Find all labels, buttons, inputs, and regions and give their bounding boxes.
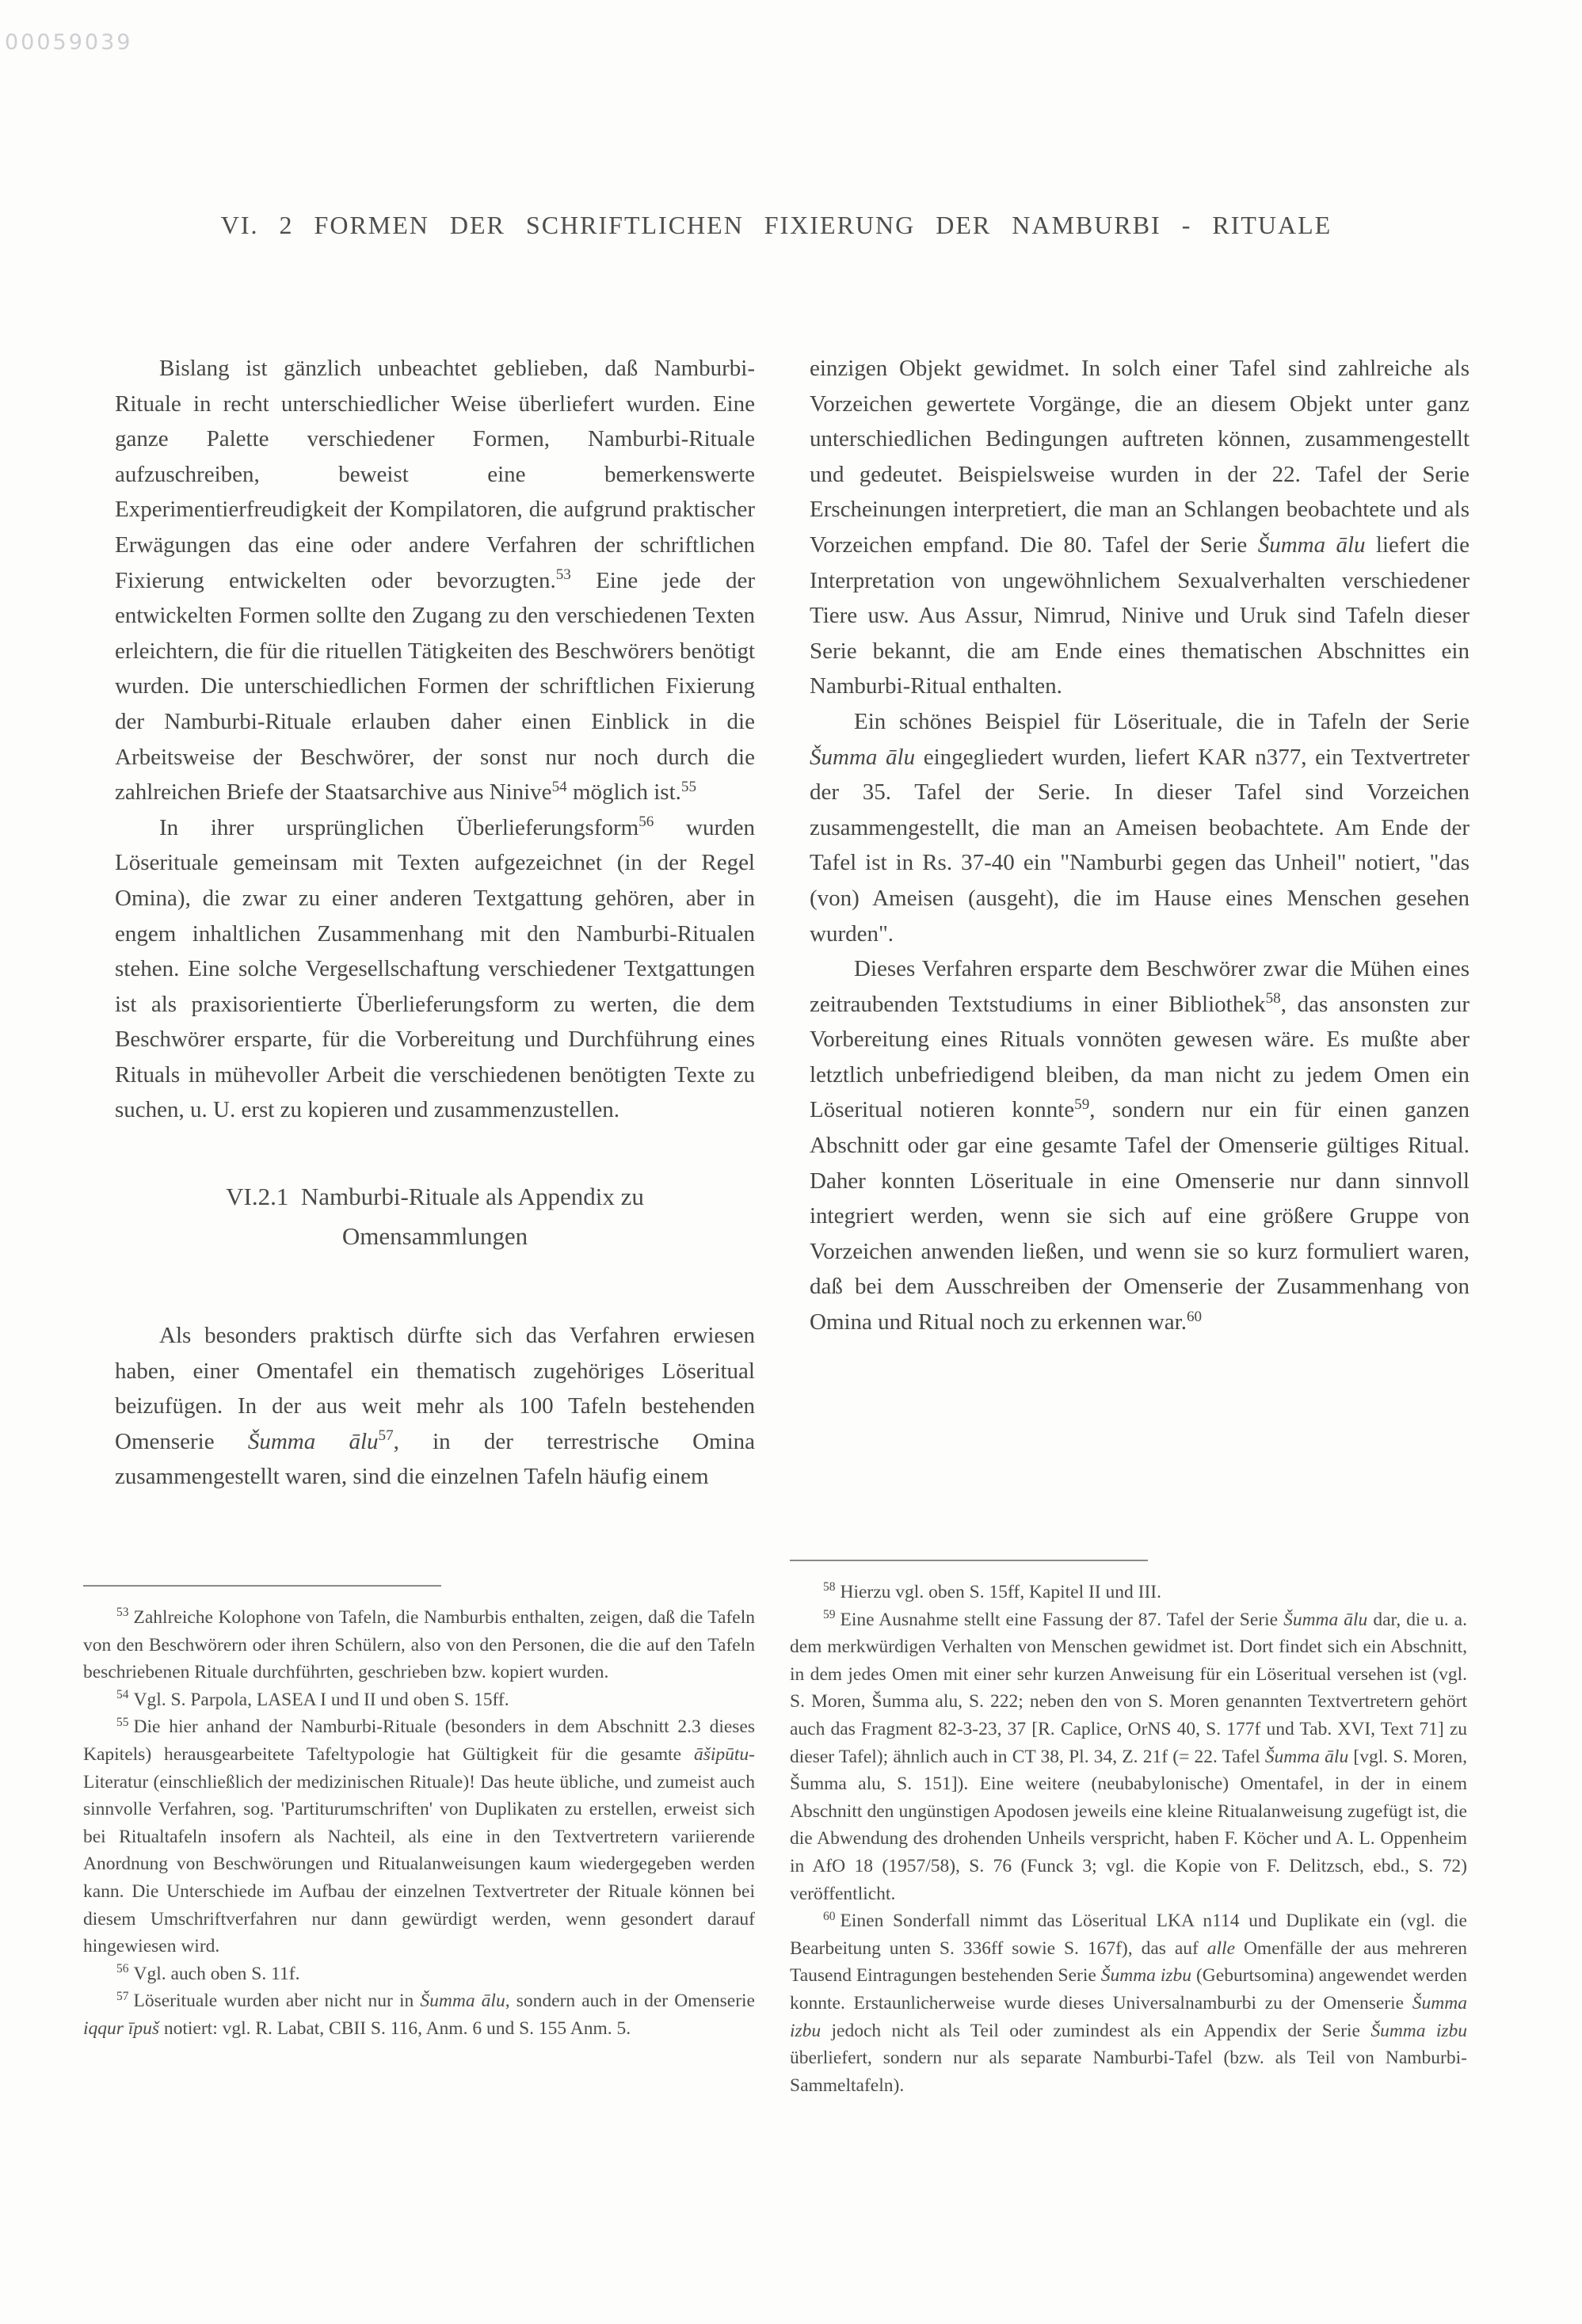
footnote-text: Hierzu vgl. oben S. 15ff, Kapitel II und… bbox=[841, 1582, 1162, 1602]
body-paragraph: Ein schönes Beispiel für Löserituale, di… bbox=[810, 704, 1470, 951]
body-paragraph: einzigen Objekt gewidmet. In solch einer… bbox=[810, 351, 1470, 704]
footnote-text: Löserituale wurden aber nicht nur in Šum… bbox=[83, 1991, 755, 2039]
footnote-text: Vgl. S. Parpola, LASEA I und II und oben… bbox=[134, 1690, 509, 1710]
left-column: Bislang ist gänzlich unbeachtet gebliebe… bbox=[115, 351, 755, 1495]
footnotes-right: 58Hierzu vgl. oben S. 15ff, Kapitel II u… bbox=[790, 1560, 1467, 2099]
footnote-text: Die hier anhand der Namburbi-Rituale (be… bbox=[83, 1716, 755, 1956]
body-paragraph: In ihrer ursprünglichen Überlieferungsfo… bbox=[115, 810, 755, 1128]
section-heading: VI.2.1 Namburbi-Rituale als Appendix zuO… bbox=[115, 1177, 755, 1256]
scan-id-watermark: 00059039 bbox=[5, 30, 132, 55]
footnote-separator bbox=[83, 1585, 441, 1587]
footnote: 60Einen Sonderfall nimmt das Löseritual … bbox=[790, 1907, 1467, 2099]
footnote: 55Die hier anhand der Namburbi-Rituale (… bbox=[83, 1713, 755, 1960]
footnote-number: 57 bbox=[116, 1990, 134, 2003]
body-paragraph: Als besonders praktisch dürfte sich das … bbox=[115, 1318, 755, 1495]
footnote-number: 59 bbox=[823, 1608, 841, 1621]
footnote: 56Vgl. auch oben S. 11f. bbox=[83, 1960, 755, 1988]
footnote-text: Vgl. auch oben S. 11f. bbox=[134, 1964, 300, 1984]
footnote-number: 56 bbox=[116, 1962, 134, 1975]
footnote: 53Zahlreiche Kolophone von Tafeln, die N… bbox=[83, 1604, 755, 1686]
footnote-number: 54 bbox=[116, 1688, 134, 1701]
scanned-book-page: 00059039 VI. 2 FORMEN DER SCHRIFTLICHEN … bbox=[0, 0, 1582, 2324]
footnote-number: 55 bbox=[116, 1716, 134, 1729]
page-title: VI. 2 FORMEN DER SCHRIFTLICHEN FIXIERUNG… bbox=[0, 211, 1553, 240]
right-column: einzigen Objekt gewidmet. In solch einer… bbox=[810, 351, 1470, 1340]
footnote: 57Löserituale wurden aber nicht nur in Š… bbox=[83, 1987, 755, 2042]
footnote-text: Eine Ausnahme stellt eine Fassung der 87… bbox=[790, 1610, 1467, 1904]
footnote-number: 53 bbox=[116, 1606, 134, 1619]
footnotes-left: 53Zahlreiche Kolophone von Tafeln, die N… bbox=[83, 1585, 755, 2043]
footnote: 59Eine Ausnahme stellt eine Fassung der … bbox=[790, 1606, 1467, 1908]
footnote-number: 58 bbox=[823, 1580, 841, 1594]
footnote-text: Zahlreiche Kolophone von Tafeln, die Nam… bbox=[83, 1607, 755, 1682]
body-paragraph: Bislang ist gänzlich unbeachtet gebliebe… bbox=[115, 351, 755, 810]
footnote: 54Vgl. S. Parpola, LASEA I und II und ob… bbox=[83, 1686, 755, 1714]
footnote-separator bbox=[790, 1560, 1148, 1561]
body-paragraph: Dieses Verfahren ersparte dem Beschwörer… bbox=[810, 951, 1470, 1340]
footnote-number: 60 bbox=[823, 1910, 841, 1923]
footnote-text: Einen Sonderfall nimmt das Löseritual LK… bbox=[790, 1911, 1467, 2096]
footnote: 58Hierzu vgl. oben S. 15ff, Kapitel II u… bbox=[790, 1579, 1467, 1606]
